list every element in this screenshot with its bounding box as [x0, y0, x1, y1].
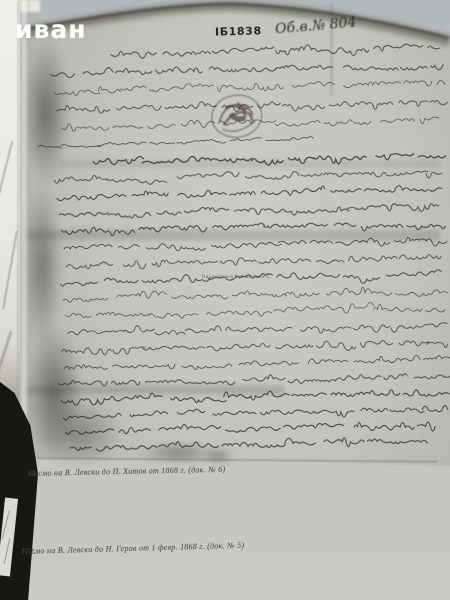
ink-stamp-icon — [206, 89, 270, 147]
paper-crease — [60, 158, 440, 170]
paper-crease — [25, 227, 440, 243]
page-gutter — [17, 0, 30, 466]
letter-photo — [20, 0, 450, 600]
caption-2-text: Писмо на В. Левски до Н. Геров от 1 февр… — [21, 541, 244, 556]
book-page-photo: IБ1838 Об.в.№ 804 Национална библиотека-… — [0, 0, 450, 600]
library-stamp-text: Национална библиотека-С. — [202, 275, 271, 280]
watermark-text: иван — [15, 15, 86, 44]
paper-crease — [25, 383, 285, 397]
archive-code: IБ1838 — [215, 24, 262, 38]
